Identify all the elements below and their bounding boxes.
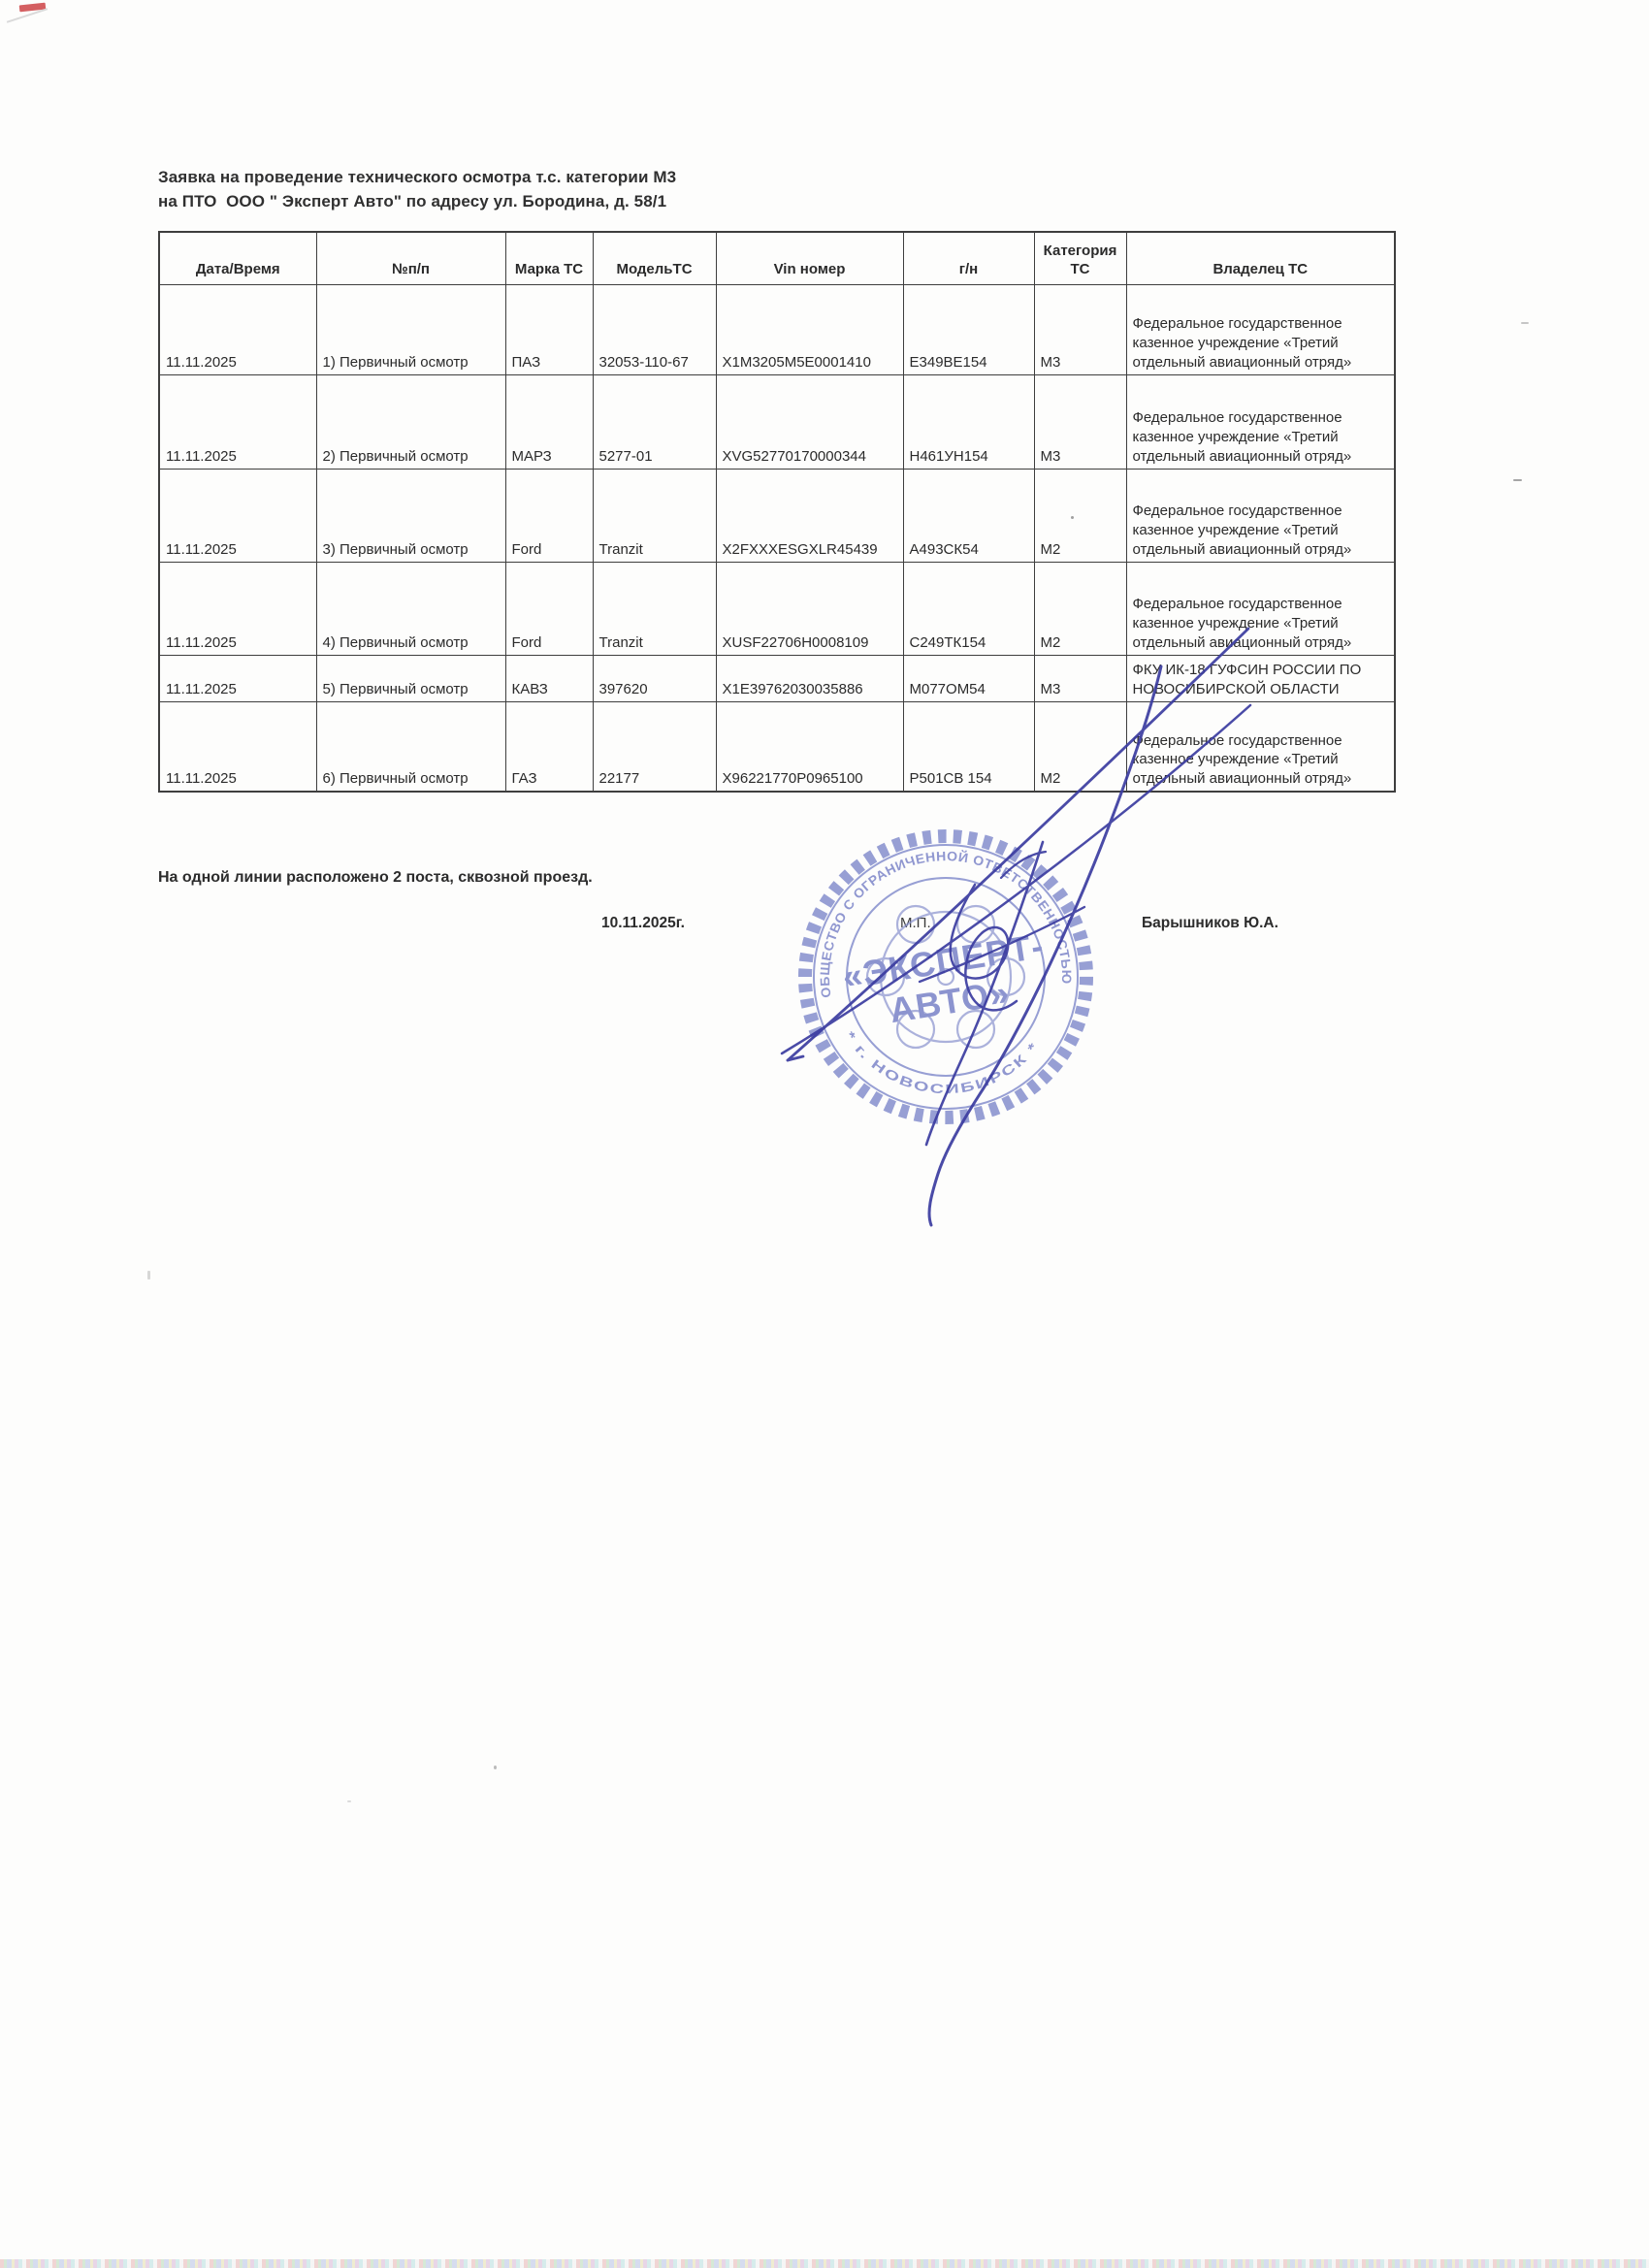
table-cell: ПАЗ: [505, 284, 593, 374]
date-line: 10.11.2025г.: [601, 915, 685, 932]
stamp-company-name-line1: «ЭКСПЕРТ-: [840, 925, 1047, 996]
table-row: 11.11.20255) Первичный осмотрКАВЗ397620X…: [159, 655, 1395, 701]
table-cell: М3: [1034, 655, 1126, 701]
table-cell: 22177: [593, 701, 716, 792]
table-cell: С249ТК154: [903, 562, 1034, 655]
table-header-row: Дата/Время№п/пМарка ТСМодельТСVin номерг…: [159, 232, 1395, 284]
table-cell: 32053-110-67: [593, 284, 716, 374]
title-line-2: на ПТО ООО " Эксперт Авто" по адресу ул.…: [158, 192, 666, 211]
stamp-ring-text: ОБЩЕСТВО С ОГРАНИЧЕННОЙ ОТВЕТСТВЕННОСТЬЮ: [818, 849, 1074, 998]
table-cell: Федеральное государственное казенное учр…: [1126, 562, 1395, 655]
svg-text:* г. НОВОСИБИРСК *: * г. НОВОСИБИРСК *: [842, 1029, 1042, 1097]
table-cell: М2: [1034, 562, 1126, 655]
table-cell: 3) Первичный осмотр: [316, 469, 505, 562]
table-cell: Ford: [505, 562, 593, 655]
table-cell: М2: [1034, 469, 1126, 562]
table-cell: 6) Первичный осмотр: [316, 701, 505, 792]
table-cell: Федеральное государственное казенное учр…: [1126, 284, 1395, 374]
document-title: Заявка на проведение технического осмотр…: [158, 166, 676, 213]
stamp-place-label: М.П.: [900, 915, 931, 931]
table-cell: Ford: [505, 469, 593, 562]
column-header: г/н: [903, 232, 1034, 284]
stamp-company-name-line2: АВТО»: [887, 972, 1013, 1030]
table-body: 11.11.20251) Первичный осмотрПАЗ32053-11…: [159, 284, 1395, 792]
company-stamp-ink: ОБЩЕСТВО С ОГРАНИЧЕННОЙ ОТВЕТСТВЕННОСТЬЮ…: [805, 836, 1086, 1118]
scan-speck: [1513, 479, 1522, 481]
table-cell: 11.11.2025: [159, 469, 316, 562]
table-row: 11.11.20252) Первичный осмотрМАРЗ5277-01…: [159, 374, 1395, 469]
stamp-city-text: * г. НОВОСИБИРСК *: [842, 1029, 1042, 1097]
table-cell: Р501СВ 154: [903, 701, 1034, 792]
signatory-name: Барышников Ю.А.: [1142, 915, 1278, 932]
table-row: 11.11.20251) Первичный осмотрПАЗ32053-11…: [159, 284, 1395, 374]
column-header: Категория ТС: [1034, 232, 1126, 284]
table-cell: 5277-01: [593, 374, 716, 469]
document-page: Заявка на проведение технического осмотр…: [0, 0, 1649, 2268]
table-cell: Е349ВЕ154: [903, 284, 1034, 374]
table-cell: X1E39762030035886: [716, 655, 903, 701]
table-row: 11.11.20256) Первичный осмотрГАЗ22177X96…: [159, 701, 1395, 792]
table-cell: Федеральное государственное казенное учр…: [1126, 374, 1395, 469]
column-header: Марка ТС: [505, 232, 593, 284]
table-cell: Федеральное государственное казенное учр…: [1126, 469, 1395, 562]
table-cell: 11.11.2025: [159, 562, 316, 655]
table-cell: 4) Первичный осмотр: [316, 562, 505, 655]
table-cell: XVG52770170000344: [716, 374, 903, 469]
table-cell: Н461УН154: [903, 374, 1034, 469]
table-cell: 11.11.2025: [159, 374, 316, 469]
table-cell: XUSF22706H0008109: [716, 562, 903, 655]
table-cell: МАРЗ: [505, 374, 593, 469]
note-line: На одной линии расположено 2 поста, скво…: [158, 869, 593, 887]
table-row: 11.11.20254) Первичный осмотрFordTranzit…: [159, 562, 1395, 655]
column-header: МодельТС: [593, 232, 716, 284]
table-cell: X1M3205M5E0001410: [716, 284, 903, 374]
scan-speck: [147, 1271, 150, 1280]
table-row: 11.11.20253) Первичный осмотрFordTranzit…: [159, 469, 1395, 562]
table-cell: М077ОМ54: [903, 655, 1034, 701]
column-header: Дата/Время: [159, 232, 316, 284]
scan-noise-strip: [0, 2259, 1649, 2268]
scan-speck: [494, 1766, 497, 1769]
table-cell: 2) Первичный осмотр: [316, 374, 505, 469]
table-cell: 1) Первичный осмотр: [316, 284, 505, 374]
table-cell: 5) Первичный осмотр: [316, 655, 505, 701]
column-header: Владелец ТС: [1126, 232, 1395, 284]
wheel-icon: [867, 906, 1024, 1048]
table-cell: 11.11.2025: [159, 284, 316, 374]
table-cell: А493СК54: [903, 469, 1034, 562]
table-cell: ФКУ ИК-18 ГУФСИН РОССИИ ПО НОВОСИБИРСКОЙ…: [1126, 655, 1395, 701]
scan-speck: [347, 1800, 351, 1802]
inspection-table: Дата/Время№п/пМарка ТСМодельТСVin номерг…: [158, 231, 1396, 793]
table-cell: 397620: [593, 655, 716, 701]
table-cell: Tranzit: [593, 469, 716, 562]
table-cell: X2FXXXESGXLR45439: [716, 469, 903, 562]
table-cell: 11.11.2025: [159, 701, 316, 792]
table-cell: X96221770P0965100: [716, 701, 903, 792]
table-cell: 11.11.2025: [159, 655, 316, 701]
stamp-gear-edge: [805, 836, 1086, 1118]
table-cell: М3: [1034, 374, 1126, 469]
scan-speck: [1521, 322, 1529, 324]
table-cell: Федеральное государственное казенное учр…: [1126, 701, 1395, 792]
table-cell: Tranzit: [593, 562, 716, 655]
column-header: №п/п: [316, 232, 505, 284]
svg-text:ОБЩЕСТВО С ОГРАНИЧЕННОЙ ОТВЕТС: ОБЩЕСТВО С ОГРАНИЧЕННОЙ ОТВЕТСТВЕННОСТЬЮ: [818, 849, 1074, 998]
table-cell: М3: [1034, 284, 1126, 374]
table-cell: КАВЗ: [505, 655, 593, 701]
table-cell: М2: [1034, 701, 1126, 792]
title-line-1: Заявка на проведение технического осмотр…: [158, 168, 676, 186]
column-header: Vin номер: [716, 232, 903, 284]
table-cell: ГАЗ: [505, 701, 593, 792]
